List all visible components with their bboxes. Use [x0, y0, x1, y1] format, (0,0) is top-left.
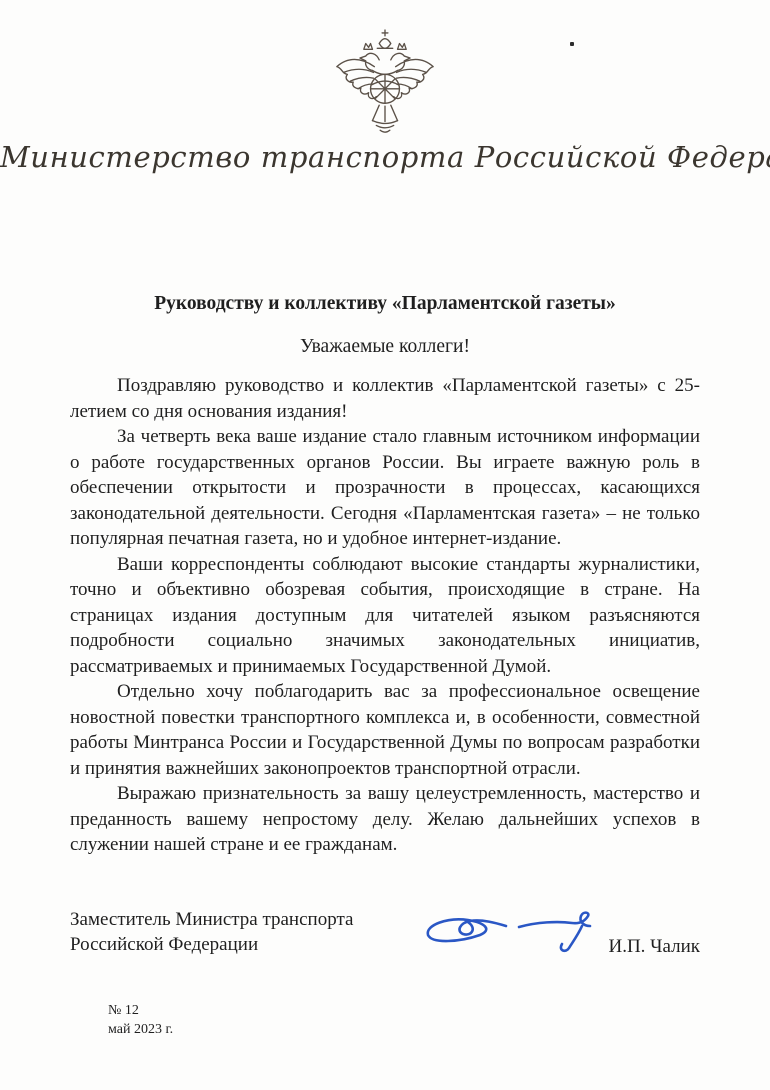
ministry-script-title: Министерство транспорта Российской Федер…: [0, 140, 770, 174]
paragraph: Ваши корреспонденты соблюдают высокие ст…: [70, 552, 700, 680]
paragraph: Поздравляю руководство и коллектив «Парл…: [70, 373, 700, 424]
paragraph: Отдельно хочу поблагодарить вас за профе…: [70, 679, 700, 781]
paragraph: Выражаю признательность за вашу целеустр…: [70, 781, 700, 858]
scan-speck: [570, 42, 574, 46]
handwritten-signature-icon: [422, 905, 612, 957]
letter-footer: № 12 май 2023 г.: [108, 1001, 173, 1039]
addressee-line: Руководству и коллективу «Парламентской …: [70, 293, 700, 315]
signer-position-line1: Заместитель Министра транспорта: [70, 907, 353, 932]
paragraph: За четверть века ваше издание стало глав…: [70, 424, 700, 552]
salutation-line: Уважаемые коллеги!: [70, 336, 700, 358]
letter-number: № 12: [108, 1001, 173, 1020]
letter-paragraphs: Поздравляю руководство и коллектив «Парл…: [70, 373, 700, 858]
signer-name: И.П. Чалик: [608, 936, 700, 958]
letter-page: Министерство транспорта Российской Федер…: [0, 0, 770, 1090]
signature-block: Заместитель Министра транспорта Российск…: [70, 905, 700, 965]
signer-position-line2: Российской Федерации: [70, 932, 353, 957]
coat-of-arms-eagle-icon: [332, 28, 438, 140]
signer-position: Заместитель Министра транспорта Российск…: [70, 907, 353, 957]
letter-date: май 2023 г.: [108, 1020, 173, 1039]
letter-body: Руководству и коллективу «Парламентской …: [70, 293, 700, 858]
